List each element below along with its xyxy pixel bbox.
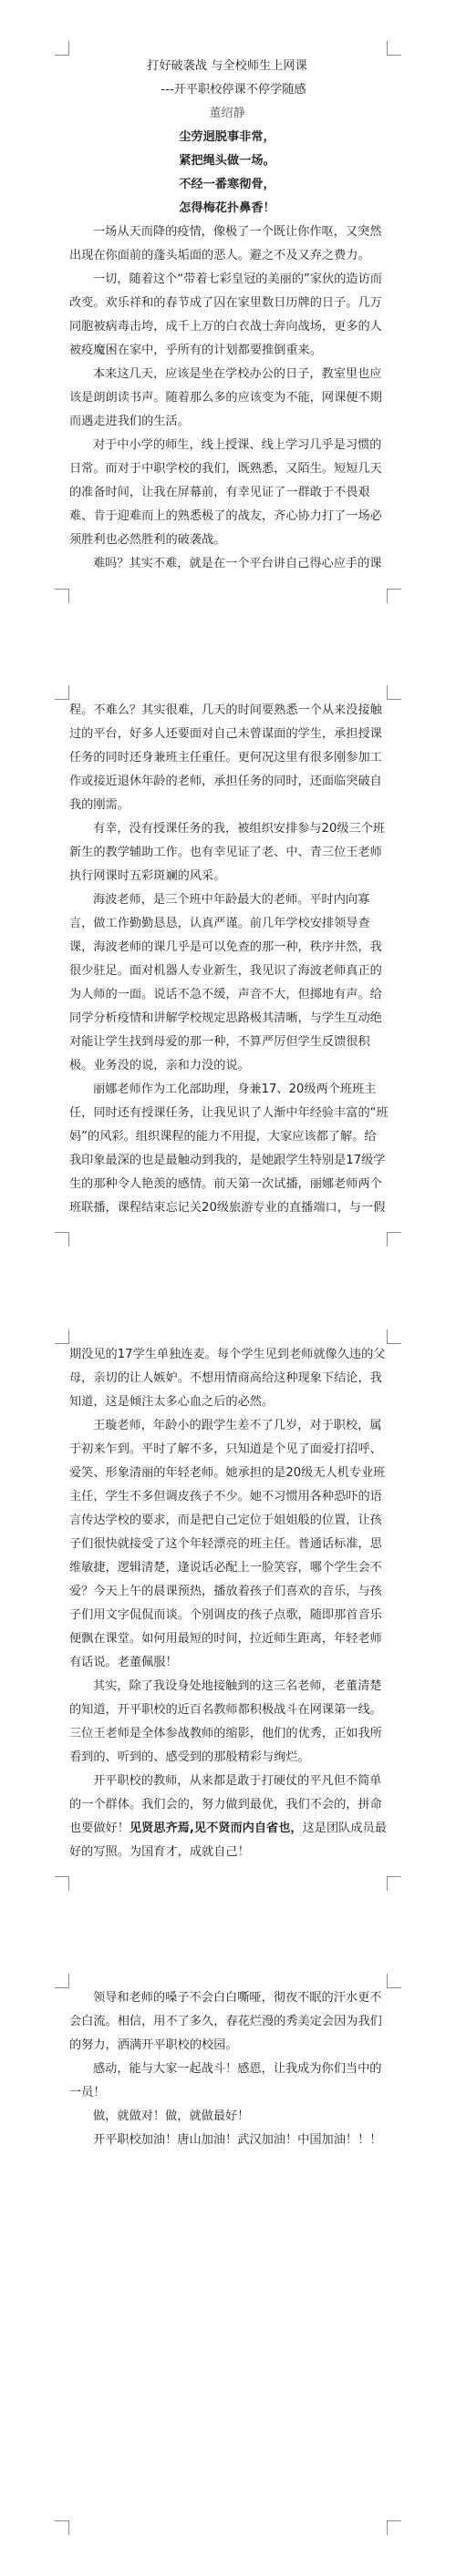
page-corner-mark (55, 685, 69, 700)
paragraph-line: 主任，学生不多但调皮孩子不少。她不习惯用各种恐吓的语 (69, 1485, 382, 1509)
document-subtitle: ---开平职校停课不停学随感 (69, 78, 385, 102)
page-corner-mark (55, 1876, 69, 1891)
paragraph-line: 一场从天而降的疫情，像极了一个既让你作呕，又突然 (69, 221, 382, 244)
page-corner-mark (55, 41, 69, 56)
paragraph-line: 有话说。老董佩服！ (69, 1651, 178, 1675)
paragraph-line: 很少驻足。面对机器人专业新生，我见识了海波老师真正的 (69, 960, 382, 983)
paragraph-line: 该是朗朗读书声。随着那么多的应该变为不能，网课便不期 (69, 386, 382, 410)
paragraph-line: 本来这几天，应该是坐在学校办公的日子，教室里也应 (69, 363, 382, 386)
paragraph-line: 同学分析疫情和讲解学校规定思路极其清晰，与学生互动绝 (69, 1007, 382, 1031)
paragraph-line: 于初来乍到。平时了解不多，只知道是个见了面爱打招呼、 (69, 1438, 382, 1462)
paragraph-line: 对于中小学的师生，线上授课、线上学习几乎是习惯的 (69, 434, 382, 457)
poem-line: 不经一番寒彻骨， (69, 173, 385, 197)
paragraph-line: 程。不难么？其实很难，几天的时间要熟悉一个从来没接触 (69, 699, 382, 723)
paragraph-line: 好的写照。为国育才，成就自己！ (69, 1841, 250, 1864)
paragraph-line: 极。业务没的说，亲和力没的说。 (69, 1054, 250, 1078)
page-corner-mark (55, 2520, 69, 2535)
paragraph-line: 执行网课时五彩斑斓的风采。 (69, 865, 225, 888)
paragraph-line: 母，亲切的让人嫉妒。不想用情商高给这种现象下结论，我 (69, 1367, 382, 1391)
paragraph-line: 便飘在课堂。如何用最短的时间，拉近师生距离，年轻老师 (69, 1627, 382, 1651)
page-corner-mark (387, 1876, 401, 1891)
paragraph-line: 言传达学校的要求，而是把自己定位于姐姐般的位置，让孩 (69, 1509, 382, 1533)
page-corner-mark (387, 1974, 401, 1988)
paragraph-line: 王璇老师，年龄小的跟学生差不了几岁，对于职校，属 (69, 1414, 382, 1438)
paragraph-line: 任务的同时还身兼班主任重任。更何况这里有很多刚参加工 (69, 746, 382, 770)
page-corner-mark (387, 589, 401, 603)
page-corner-mark (55, 1329, 69, 1344)
paragraph-line: 丽娜老师作为工化部助理，身兼17、20级两个班班主 (69, 1078, 377, 1102)
poem-line: 尘劳迥脱事非常， (69, 126, 385, 149)
paragraph-line: 我的刚需。 (69, 794, 130, 817)
paragraph-line: 爱笑、形象清丽的年轻老师。她承担的是20级无人机专业班 (69, 1462, 385, 1485)
page-corner-mark (387, 2520, 401, 2535)
paragraph-line: 言，做工作勤勤恳恳，认真严谨。前几年学校安排领导查 (69, 912, 370, 936)
paragraph-line: 一切，随着这个“带着七彩皇冠的美丽的”家伙的造访而 (69, 268, 382, 292)
paragraph-line: 海波老师，是三个班中年龄最大的老师。平时内向寡 (69, 888, 369, 912)
paragraph-line: 生的那种令人艳羡的感情。前天第一次试播，丽娜老师两个 (69, 1173, 382, 1196)
text-run: 这是团队成员最 (303, 1822, 387, 1835)
paragraph-line: 的知道，开平职校的近百名教师都积极战斗在网课第一线。 (69, 1699, 382, 1722)
text-run: 也要做好！ (69, 1822, 130, 1835)
page-corner-mark (387, 41, 401, 56)
paragraph-line: 知道，这是倾注太多心血之后的必然。 (69, 1391, 274, 1414)
paragraph-line: 感动，能与大家一起战斗！感恩，让我成为你们当中的 (69, 2058, 382, 2081)
poem-line: 紧把绳头做一场。 (69, 149, 385, 173)
paragraph-line: 开平职校加油！唐山加油！武汉加油！中国加油！！！ (69, 2129, 382, 2152)
paragraph-line: 须胜利也必然胜利的破袭战。 (69, 529, 225, 552)
paragraph-line: 妈”的风彩。组织课程的能力不用提，大家应该都了解。给 (69, 1125, 377, 1149)
paragraph-line: 子们用文字侃侃而谈。个别调皮的孩子点歌，随即那首音乐 (69, 1604, 382, 1627)
poem-line: 怎得梅花扑鼻香！ (69, 197, 385, 221)
paragraph-line: 一员！ (69, 2081, 106, 2105)
paragraph-line: 的努力，洒满开平职校的校园。 (69, 2034, 238, 2058)
paragraph-line: 看到的、听到的、感受到的那般精彩与绚烂。 (69, 1746, 310, 1770)
paragraph-line: 同胞被病毒击垮，成千上万的白衣战士奔向战场，更多的人 (69, 315, 382, 339)
paragraph-line: 做，就做对！做，就做最好！ (69, 2105, 249, 2129)
page-corner-mark (387, 685, 401, 700)
paragraph-line: 为人师的一面。说话不急不缓，声音不大，但掷地有声。给 (69, 983, 382, 1007)
paragraph-line: 难、肯于迎难而上的熟悉极了的战友，齐心协力打了一场必 (69, 505, 382, 529)
paragraph-line: 开平职校的教师，从来都是敢于打硬仗的平凡但不简单 (69, 1770, 382, 1793)
paragraph-line: 过的平台，好多人还要面对自己未曾谋面的学生，承担授课 (69, 723, 382, 746)
paragraph-line: 维敏捷，逻辑清楚，逢说话必配上一脸笑容，哪个学生会不 (69, 1556, 382, 1580)
paragraph-line: 的一个群体。我们会的，努力做到最优，我们不会的，拼命 (69, 1793, 382, 1817)
paragraph-line: 其实，除了我设身处地接触到的这三名老师，老董清楚 (69, 1675, 382, 1699)
paragraph-line: 会白流。相信，用不了多久，春花烂漫的秀美定会因为我们 (69, 2010, 382, 2034)
document-title: 打好破袭战 与全校师生上网课 (69, 55, 385, 78)
page-corner-mark (55, 589, 69, 603)
paragraph-line: 而遇走进我们的生活。 (69, 410, 190, 434)
page-corner-mark (55, 1232, 69, 1247)
paragraph-line: 被疫魔困在家中，乎所有的计划都要推倒重来。 (69, 339, 322, 363)
paragraph-line: 三位王老师是全体参战教师的缩影，他们的优秀，正如我所 (69, 1722, 382, 1746)
page-corner-mark (387, 1232, 401, 1247)
paragraph-line: 爱？今天上午的晨课预热，播放着孩子们喜欢的音乐，与孩 (69, 1580, 382, 1604)
page-corner-mark (387, 1329, 401, 1344)
document-author: 董绍静 (69, 102, 385, 126)
paragraph-line: 作或接近退休年龄的老师，承担任务的同时，还面临突破自 (69, 770, 382, 794)
page-corner-mark (55, 1974, 69, 1988)
paragraph-line: 有幸，没有授课任务的我，被组织安排参与20级三个班 (69, 817, 385, 841)
paragraph-line: 出现在你面前的蓬头垢面的恶人。避之不及又弃之费力。 (69, 244, 370, 268)
paragraph-line: 日常。而对于中职学校的我们，既熟悉，又陌生。短短几天 (69, 457, 382, 481)
paragraph-line: 子们很快就接受了这个年轻漂亮的班主任。普通话标准，思 (69, 1533, 382, 1556)
paragraph-line: 对能让学生找到母爱的那一种，不算严厉但学生反馈很积 (69, 1031, 370, 1054)
paragraph-line: 的准备时间，让我在屏幕前，有幸见证了一群敢于不畏艰 (69, 481, 370, 505)
paragraph-line: 课，海波老师的课几乎是可以免查的那一种，秩序井然，我 (69, 936, 382, 960)
paragraph-line: 改变。欢乐祥和的春节成了囚在家里数日历牌的日子。几万 (69, 292, 382, 315)
paragraph-line: 领导和老师的嗓子不会白白嘶哑，彻夜不眠的汗水更不 (69, 1986, 382, 2010)
paragraph-line: 任，同时还有授课任务，让我见识了人渐中年经验丰富的“班 (69, 1102, 389, 1125)
paragraph-line-mixed: 也要做好！见贤思齐焉,见不贤而内自省也，这是团队成员最 (69, 1817, 387, 1841)
quote-bold: 见贤思齐焉,见不贤而内自省也， (130, 1822, 303, 1835)
paragraph-line: 班联播，课程结束忘记关20级旅游专业的直播端口，与一假 (69, 1196, 385, 1220)
paragraph-line: 难吗？其实不难，就是在一个平台讲自己得心应手的课 (69, 552, 382, 576)
paragraph-line: 我印象最深的也是最触动到我的，是她跟学生特别是17级学 (69, 1149, 385, 1173)
paragraph-line: 期没见的17学生单独连麦。每个学生见到老师就像久违的父 (69, 1343, 385, 1367)
paragraph-line: 新生的教学辅助工作。也有幸见证了老、中、青三位王老师 (69, 841, 382, 865)
